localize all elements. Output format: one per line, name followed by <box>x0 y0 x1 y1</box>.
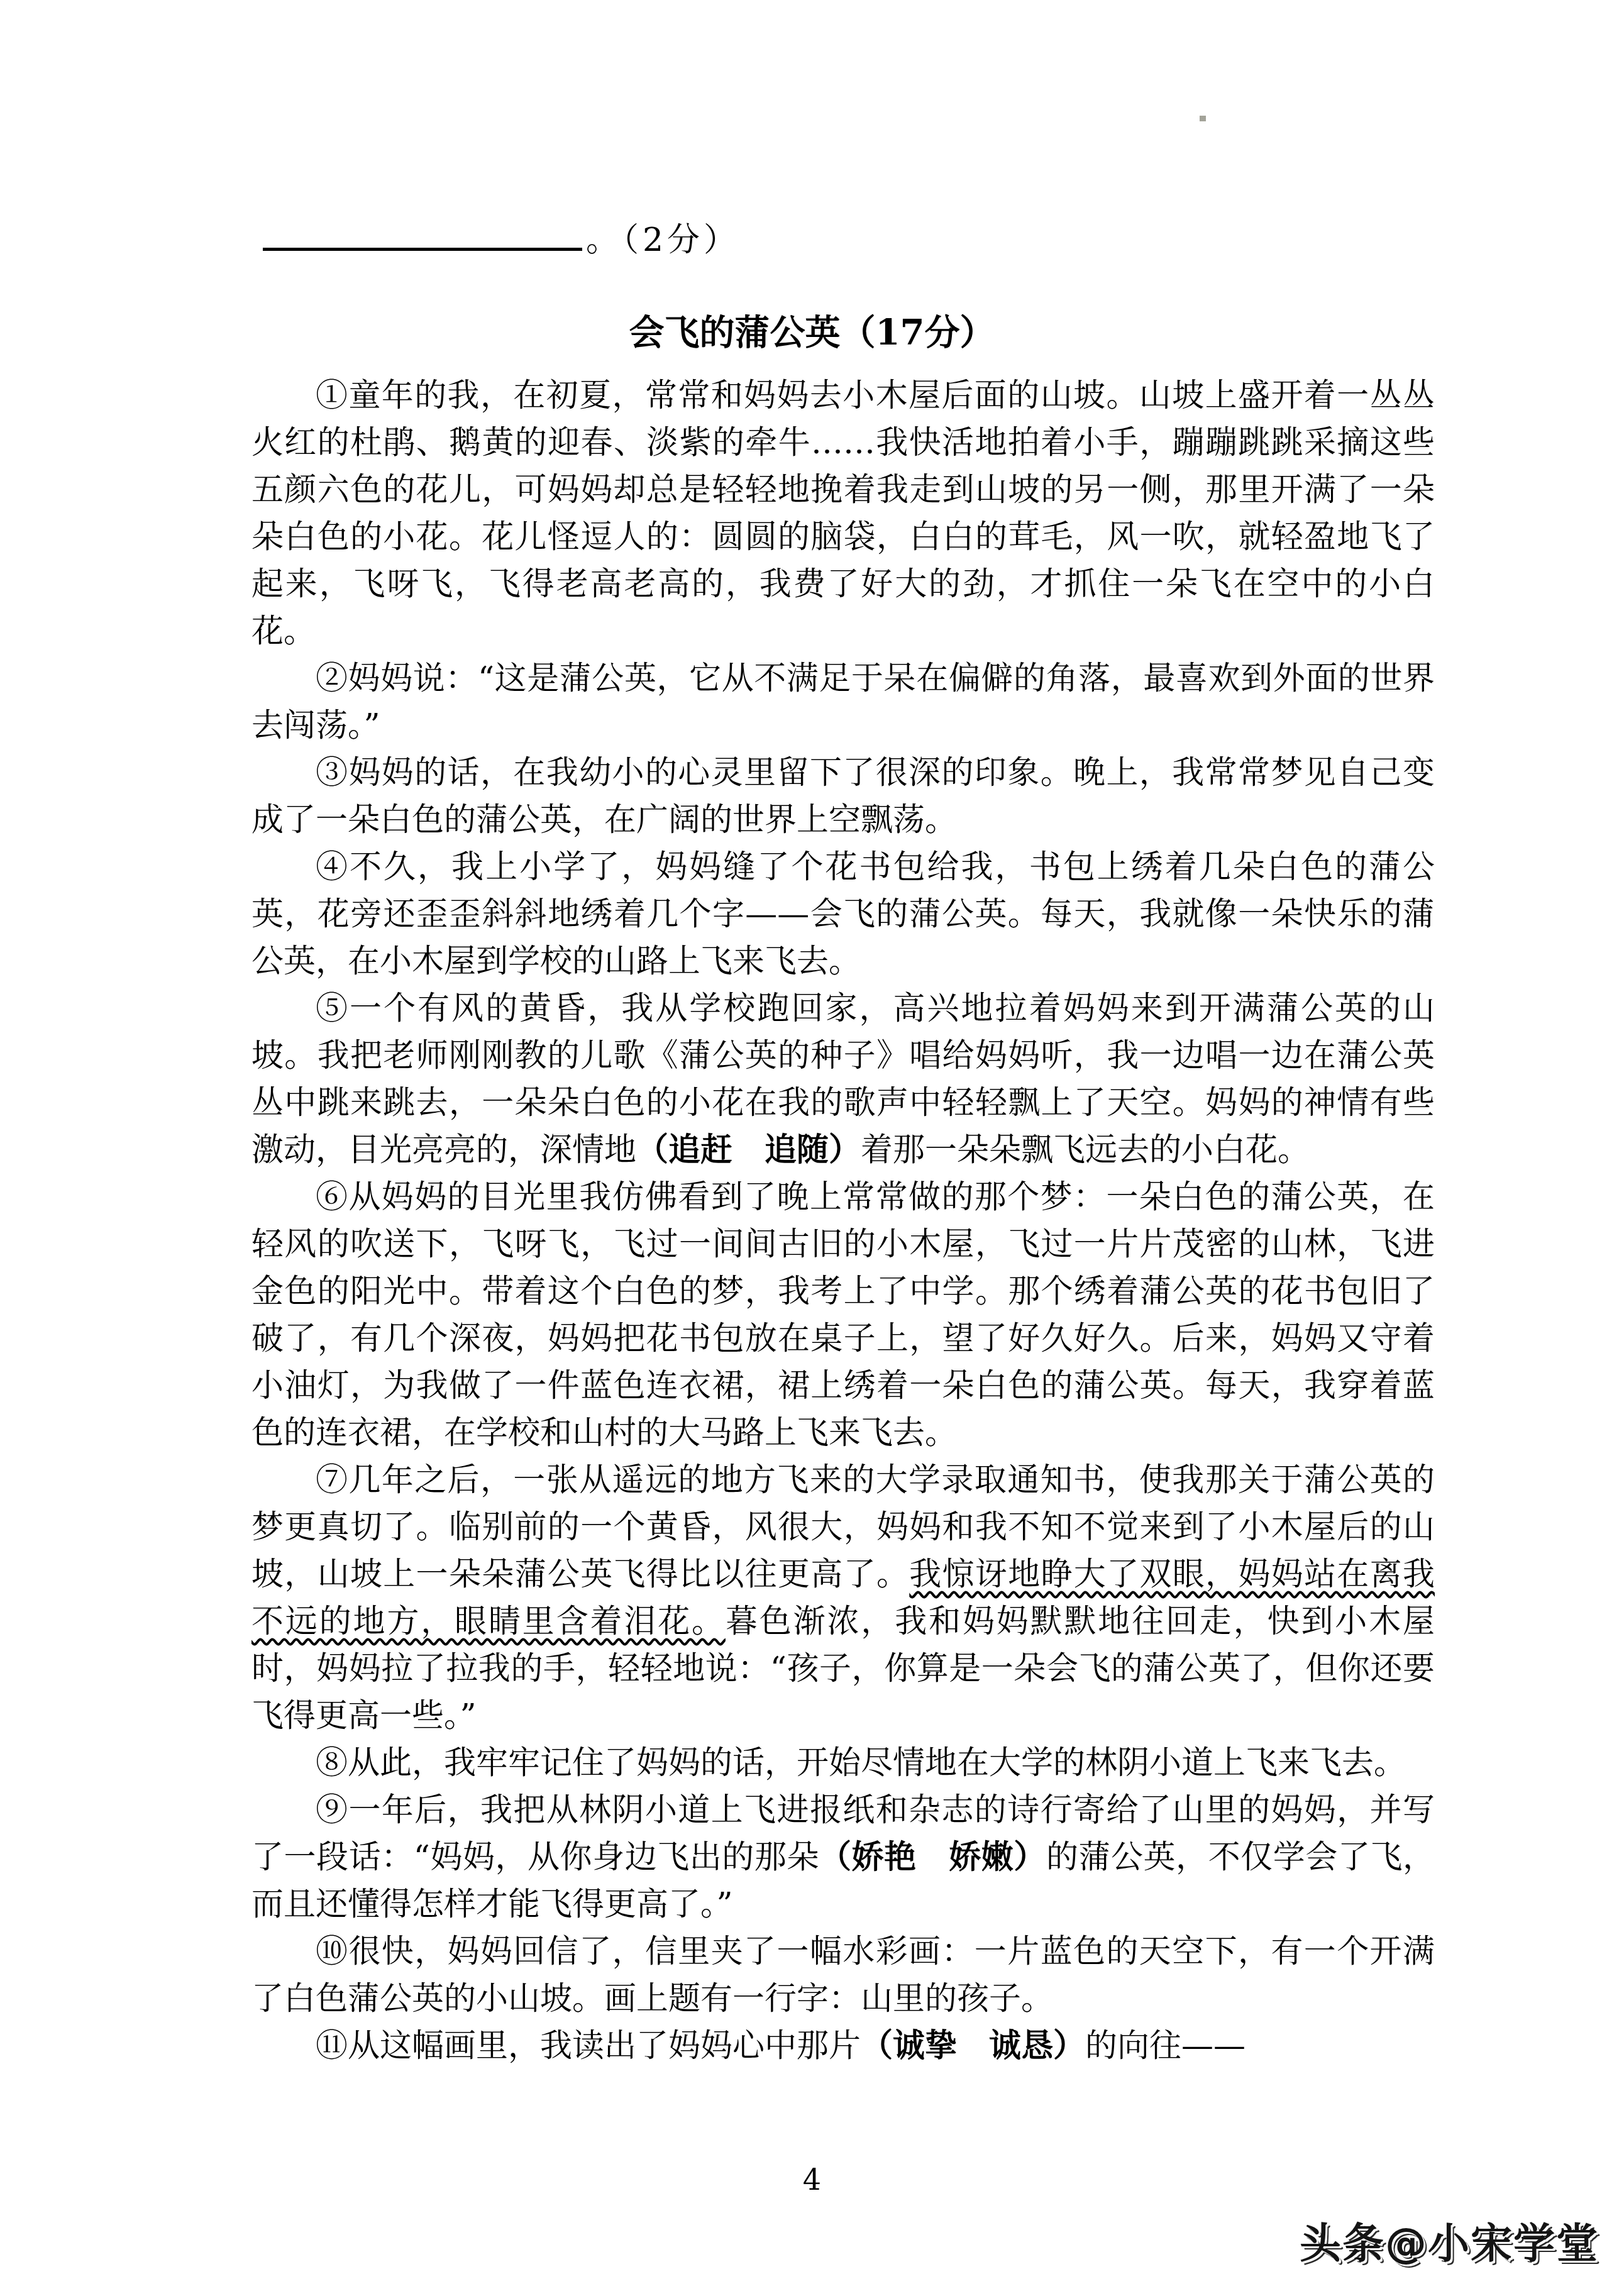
scan-speck <box>1200 116 1206 121</box>
text-segment: （追赶 追随） <box>636 1131 861 1169</box>
text-segment: ⑪从这幅画里，我读出了妈妈心中那片 <box>316 2028 861 2065</box>
text-segment: ⑧从此，我牢牢记住了妈妈的话，开始尽情地在大学的林阴小道上飞来飞去。 <box>316 1745 1406 1782</box>
exam-page: 。（2分） 会飞的蒲公英（17分） ①童年的我，在初夏，常常和妈妈去小木屋后面的… <box>0 0 1624 2296</box>
text-segment: （诚挚 诚恳） <box>861 2027 1085 2065</box>
article-paragraph-6: ⑥从妈妈的目光里我仿佛看到了晚上常常做的那个梦：一朵白色的蒲公英，在轻风的吹送下… <box>251 1174 1435 1457</box>
text-segment: 的向往—— <box>1085 2028 1246 2065</box>
answer-blank-line <box>263 212 582 251</box>
text-segment: ⑥从妈妈的目光里我仿佛看到了晚上常常做的那个梦：一朵白色的蒲公英，在轻风的吹送下… <box>251 1179 1435 1452</box>
article-paragraph-5: ⑤一个有风的黄昏，我从学校跑回家，高兴地拉着妈妈来到开满蒲公英的山坡。我把老师刚… <box>251 985 1435 1174</box>
text-segment: ③妈妈的话，在我幼小的心灵里留下了很深的印象。晚上，我常常梦见自己变成了一朵白色… <box>251 754 1435 839</box>
text-segment: ⑩很快，妈妈回信了，信里夹了一幅水彩画：一片蓝色的天空下，有一个开满了白色蒲公英… <box>251 1933 1435 2017</box>
text-segment: （娇艳 娇嫩） <box>819 1838 1046 1876</box>
page-number: 4 <box>0 2163 1624 2197</box>
article-paragraph-10: ⑩很快，妈妈回信了，信里夹了一幅水彩画：一片蓝色的天空下，有一个开满了白色蒲公英… <box>251 1928 1435 2023</box>
article-title: 会飞的蒲公英（17分） <box>0 311 1624 355</box>
answer-row: 。（2分） <box>263 212 740 263</box>
article-paragraph-3: ③妈妈的话，在我幼小的心灵里留下了很深的印象。晚上，我常常梦见自己变成了一朵白色… <box>251 749 1435 844</box>
article-paragraph-1: ①童年的我，在初夏，常常和妈妈去小木屋后面的山坡。山坡上盛开着一丛丛火红的杜鹃、… <box>251 372 1435 655</box>
watermark: 头条@小宋学堂 <box>1300 2210 1599 2270</box>
text-segment: ①童年的我，在初夏，常常和妈妈去小木屋后面的山坡。山坡上盛开着一丛丛火红的杜鹃、… <box>251 377 1435 650</box>
article-body: ①童年的我，在初夏，常常和妈妈去小木屋后面的山坡。山坡上盛开着一丛丛火红的杜鹃、… <box>251 372 1435 2070</box>
text-segment: ②妈妈说：“这是蒲公英，它从不满足于呆在偏僻的角落，最喜欢到外面的世界去闯荡。” <box>251 660 1435 744</box>
article-paragraph-8: ⑧从此，我牢牢记住了妈妈的话，开始尽情地在大学的林阴小道上飞来飞去。 <box>251 1740 1435 1787</box>
article-paragraph-7: ⑦几年之后，一张从遥远的地方飞来的大学录取通知书，使我那关于蒲公英的梦更真切了。… <box>251 1457 1435 1740</box>
article-paragraph-2: ②妈妈说：“这是蒲公英，它从不满足于呆在偏僻的角落，最喜欢到外面的世界去闯荡。” <box>251 655 1435 749</box>
article-paragraph-11: ⑪从这幅画里，我读出了妈妈心中那片（诚挚 诚恳）的向往—— <box>251 2023 1435 2070</box>
text-segment: 着那一朵朵飘飞远去的小白花。 <box>861 1132 1310 1169</box>
article-paragraph-4: ④不久，我上小学了，妈妈缝了个花书包给我，书包上绣着几朵白色的蒲公英，花旁还歪歪… <box>251 844 1435 985</box>
text-segment: ④不久，我上小学了，妈妈缝了个花书包给我，书包上绣着几朵白色的蒲公英，花旁还歪歪… <box>251 849 1435 980</box>
answer-score-label: 。（2分） <box>586 218 740 263</box>
article-paragraph-9: ⑨一年后，我把从林阴小道上飞进报纸和杂志的诗行寄给了山里的妈妈，并写了一段话：“… <box>251 1787 1435 1928</box>
